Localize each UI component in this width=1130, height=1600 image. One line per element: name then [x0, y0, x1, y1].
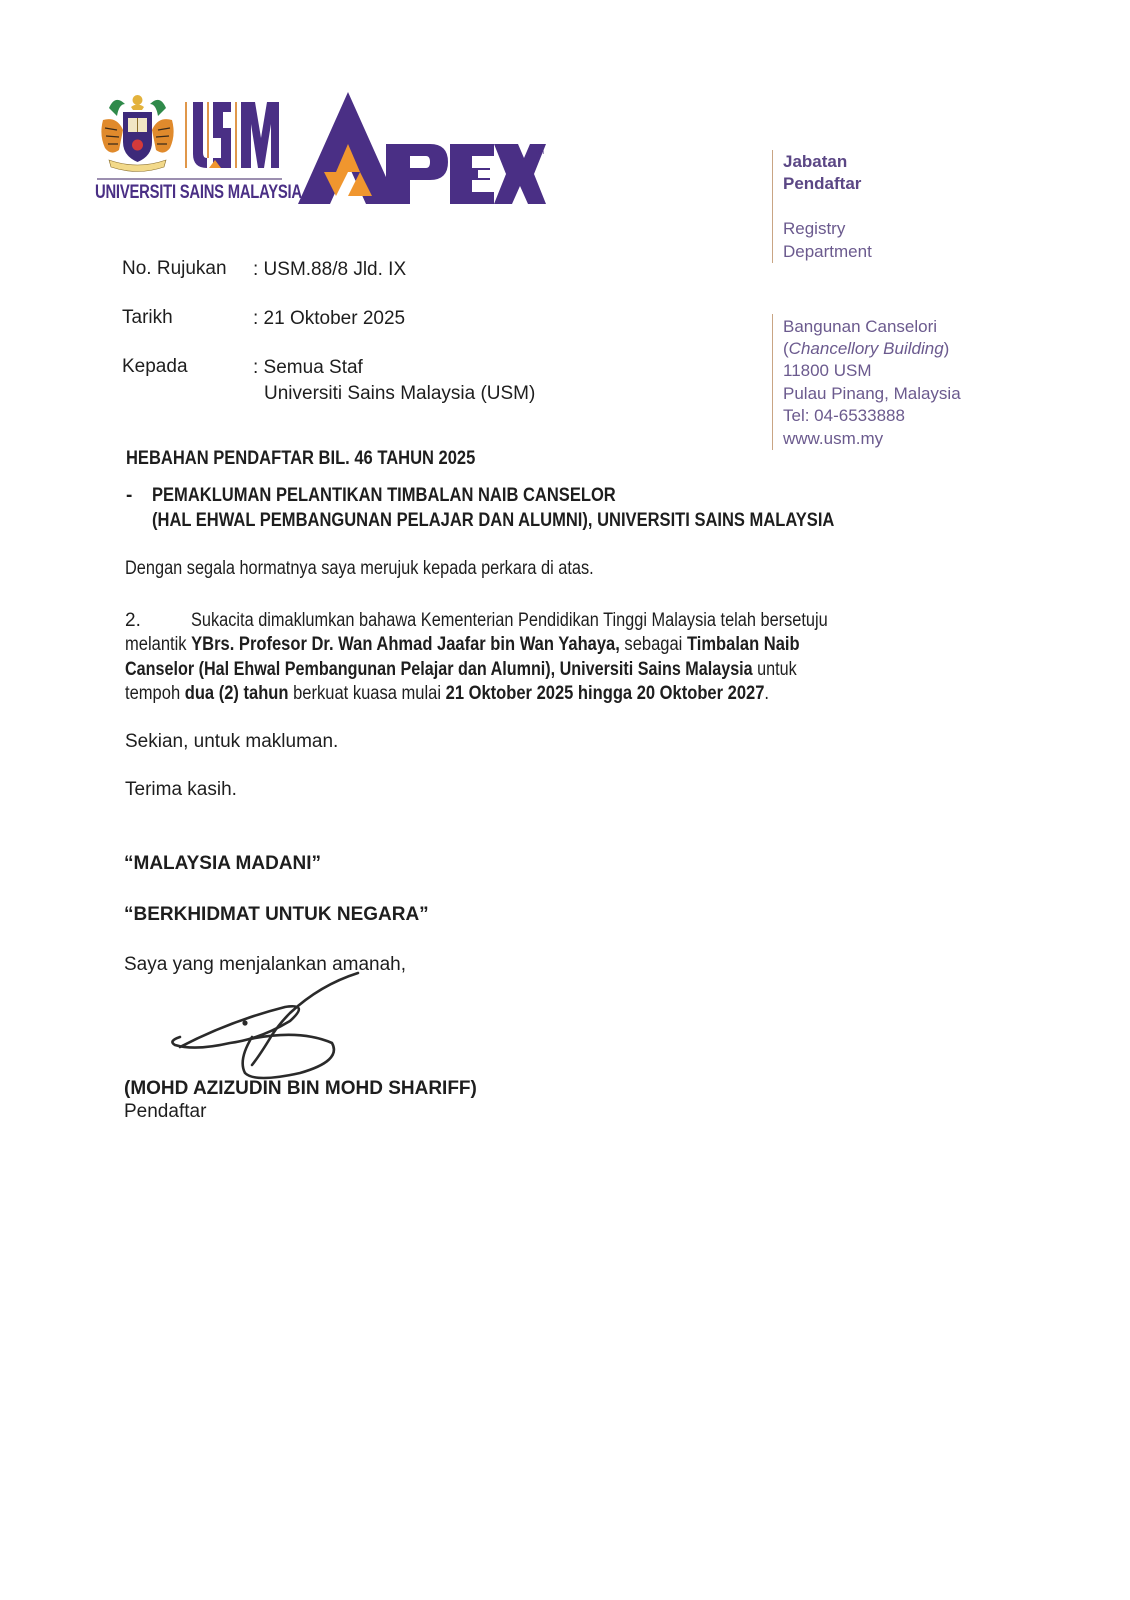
signatory-title: Pendaftar — [124, 1100, 206, 1123]
circular-heading: HEBAHAN PENDAFTAR BIL. 46 TAHUN 2025 — [126, 447, 528, 470]
address-website[interactable]: www.usm.my — [783, 428, 883, 451]
department-name-ms-1: Jabatan — [783, 151, 847, 174]
signatory-name: (MOHD AZIZUDIN BIN MOHD SHARIFF) — [124, 1077, 477, 1100]
opening-paragraph: Dengan segala hormatnya saya merujuk kep… — [125, 557, 670, 580]
date-value: : 21 Oktober 2025 — [253, 307, 405, 330]
svg-text:TM: TM — [534, 149, 544, 156]
to-value-1: : Semua Staf — [253, 356, 363, 379]
university-name: UNIVERSITI SAINS MALAYSIA — [95, 182, 302, 204]
usm-logo: UNIVERSITI SAINS MALAYSIA — [95, 90, 285, 210]
address-line-4: Pulau Pinang, Malaysia — [783, 383, 961, 406]
subject-line-2: (HAL EHWAL PEMBANGUNAN PELAJAR DAN ALUMN… — [152, 509, 936, 532]
to-label: Kepada — [122, 355, 188, 378]
paragraph-2-line-1: Sukacita dimaklumkan bahawa Kementerian … — [191, 609, 931, 632]
subject-line-1: PEMAKLUMAN PELANTIKAN TIMBALAN NAIB CANS… — [152, 484, 685, 507]
slogan-1: “MALAYSIA MADANI” — [124, 852, 321, 875]
slogan-2: “BERKHIDMAT UNTUK NEGARA” — [124, 903, 429, 926]
date-label: Tarikh — [122, 306, 173, 329]
logo-divider — [97, 178, 282, 180]
closing-remark: Sekian, untuk makluman. — [125, 730, 338, 753]
signature-icon — [160, 965, 360, 1085]
address-line-1: Bangunan Canselori — [783, 316, 937, 339]
address-divider — [772, 314, 773, 450]
department-divider — [772, 150, 773, 263]
to-value-2: Universiti Sains Malaysia (USM) — [264, 382, 535, 405]
usm-wordmark-icon — [185, 98, 281, 178]
address-line-3: 11800 USM — [783, 360, 872, 383]
department-name-en-1: Registry — [783, 218, 845, 241]
thanks: Terima kasih. — [125, 778, 237, 801]
ref-label: No. Rujukan — [122, 257, 227, 280]
usm-crest-icon — [95, 90, 180, 175]
apex-logo-icon: TM — [298, 92, 548, 207]
paragraph-2-number: 2. — [125, 609, 141, 632]
paragraph-2-line-4: tempoh dua (2) tahun berkuat kuasa mulai… — [125, 682, 865, 705]
address-tel: Tel: 04-6533888 — [783, 405, 905, 428]
department-name-ms-2: Pendaftar — [783, 173, 861, 196]
address-line-2: (Chancellory Building) — [783, 338, 949, 361]
paragraph-2-line-2: melantik YBrs. Profesor Dr. Wan Ahmad Ja… — [125, 633, 900, 656]
paragraph-2-line-3: Canselor (Hal Ehwal Pembangunan Pelajar … — [125, 658, 915, 681]
subject-dash: - — [126, 484, 132, 507]
ref-value: : USM.88/8 Jld. IX — [253, 258, 406, 281]
department-name-en-2: Department — [783, 241, 872, 264]
